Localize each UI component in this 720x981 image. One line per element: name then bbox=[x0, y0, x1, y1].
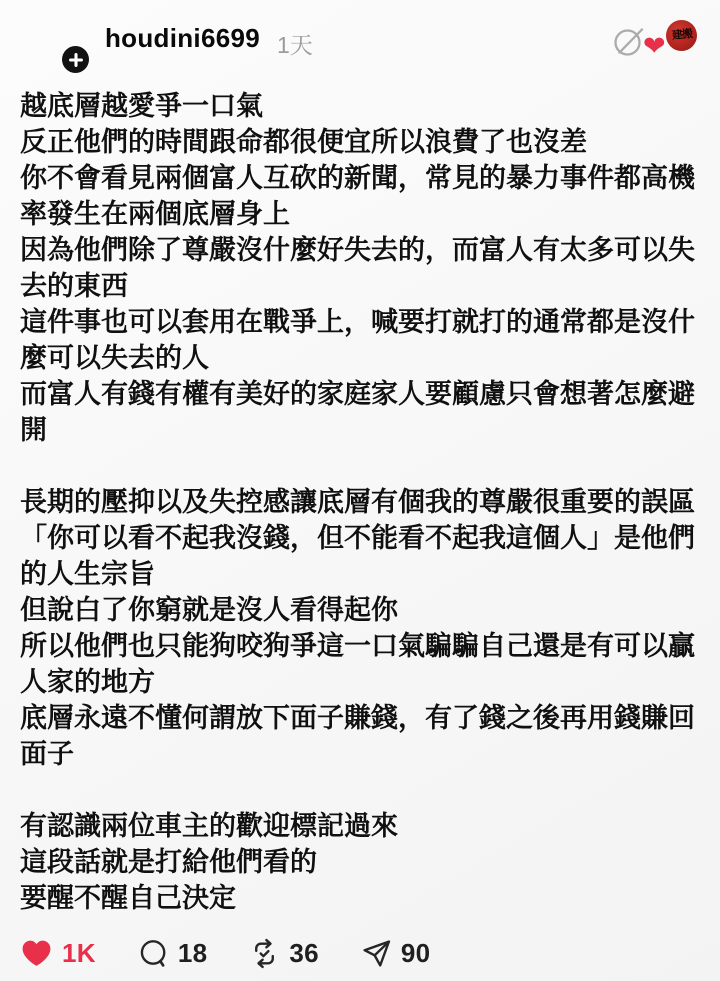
repost-button[interactable]: 36 bbox=[249, 938, 319, 969]
post-line: 這件事也可以套用在戰爭上，喊要打就打的通常都是沒什麼可以失去的人 bbox=[20, 304, 702, 376]
post-line: 要醒不醒自己決定 bbox=[20, 880, 702, 916]
post-line: 反正他們的時間跟命都很便宜所以浪費了也沒差 bbox=[20, 124, 702, 160]
liked-by-avatar[interactable]: 建搬 bbox=[666, 20, 697, 51]
post-line: 底層永遠不懂何謂放下面子賺錢，有了錢之後再用錢賺回面子 bbox=[20, 700, 702, 772]
post-line: 你不會看見兩個富人互砍的新聞，常見的暴力事件都高機率發生在兩個底層身上 bbox=[20, 160, 702, 232]
pencil-circle-icon[interactable] bbox=[612, 25, 646, 59]
action-bar: 1K 18 36 90 bbox=[20, 932, 430, 974]
speech-bubble-icon bbox=[138, 938, 169, 969]
post-line: 「你可以看不起我沒錢，但不能看不起我這個人」是他們的人生宗旨 bbox=[20, 520, 702, 592]
post-line: 越底層越愛爭一口氣 bbox=[20, 88, 702, 124]
follow-plus-badge[interactable] bbox=[62, 46, 89, 73]
post-line bbox=[20, 772, 702, 808]
post-line: 長期的壓抑以及失控感讓底層有個我的尊嚴很重要的誤區 bbox=[20, 484, 702, 520]
post-screen: houdini6699 1天 建搬 ❤ 越底層越愛爭一口氣反正他們的時間跟命都很… bbox=[0, 0, 720, 981]
comment-button[interactable]: 18 bbox=[138, 938, 208, 969]
like-button[interactable]: 1K bbox=[20, 938, 96, 969]
post-line: 有認識兩位車主的歡迎標記過來 bbox=[20, 808, 702, 844]
timestamp: 1天 bbox=[277, 27, 313, 60]
plus-icon bbox=[68, 52, 84, 68]
heart-icon bbox=[20, 938, 53, 969]
repost-count: 36 bbox=[289, 938, 319, 969]
like-count: 1K bbox=[62, 938, 96, 969]
post-line bbox=[20, 448, 702, 484]
heart-badge-icon: ❤ bbox=[643, 33, 666, 60]
avatar-seal-glyphs: 建搬 bbox=[671, 29, 692, 42]
comment-count: 18 bbox=[178, 938, 208, 969]
username[interactable]: houdini6699 bbox=[105, 23, 260, 54]
post-line: 但說白了你窮就是沒人看得起你 bbox=[20, 592, 702, 628]
post-line: 因為他們除了尊嚴沒什麼好失去的，而富人有太多可以失去的東西 bbox=[20, 232, 702, 304]
paper-plane-icon bbox=[361, 938, 392, 969]
post-line: 這段話就是打給他們看的 bbox=[20, 844, 702, 880]
post-line: 所以他們也只能狗咬狗爭這一口氣騙騙自己還是有可以贏人家的地方 bbox=[20, 628, 702, 700]
post-text: 越底層越愛爭一口氣反正他們的時間跟命都很便宜所以浪費了也沒差你不會看見兩個富人互… bbox=[20, 88, 702, 916]
share-button[interactable]: 90 bbox=[361, 938, 431, 969]
share-count: 90 bbox=[401, 938, 431, 969]
cycle-check-icon bbox=[249, 938, 280, 969]
post-line: 而富人有錢有權有美好的家庭家人要顧慮只會想著怎麼避開 bbox=[20, 376, 702, 448]
